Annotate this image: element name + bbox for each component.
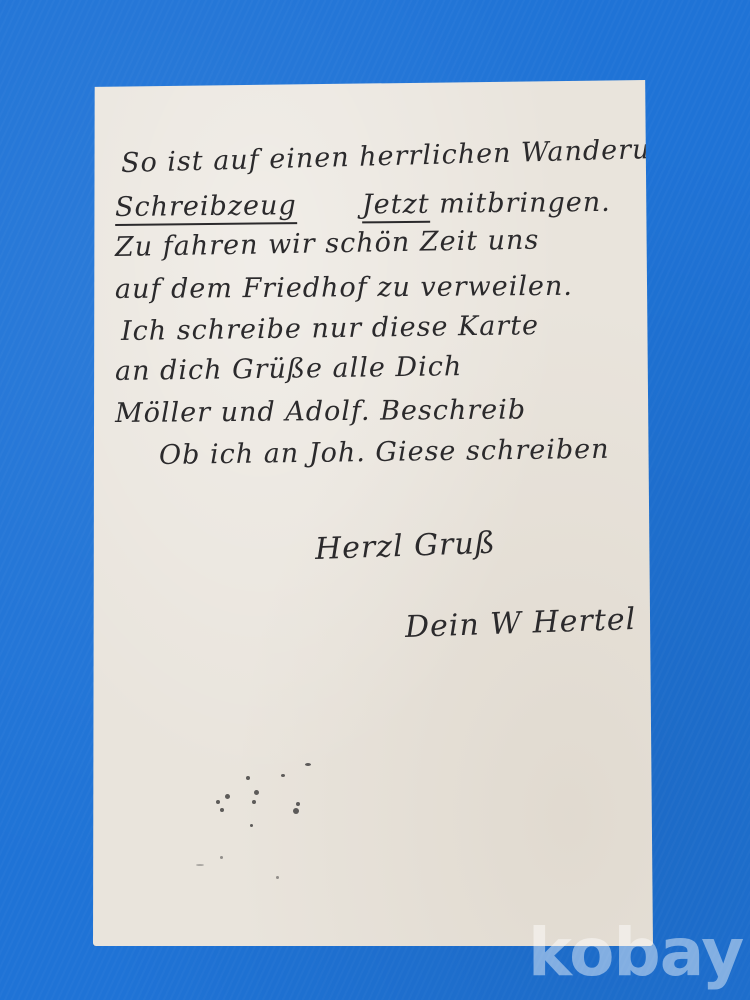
letter-line-3: Zu fahren wir schön Zeit uns [115,225,540,263]
postcard: So ist auf einen herrlichen Wanderung Sc… [93,80,653,946]
letter-line-1: So ist auf einen herrlichen Wanderung [121,133,688,179]
letter-line-2: Schreibzeug Jetzt mitbringen. [115,187,611,223]
letter-line-5: Ich schreibe nur diese Karte [121,310,539,347]
letter-line-7: Möller und Adolf. Beschreib [115,394,526,429]
ink-stains [180,740,330,880]
letter-line-4: auf dem Friedhof zu verweilen. [115,271,573,305]
letter-line-2-rest: mitbringen. [439,187,611,220]
kobay-watermark: kobay [528,920,743,986]
letter-signature: Dein W Hertel [404,602,636,645]
underlined-word-1: Schreibzeug [115,190,297,226]
letter-closing: Herzl Gruß [314,526,496,567]
underlined-word-2: Jetzt [362,189,430,224]
letter-line-8: Ob ich an Joh. Giese schreiben [159,434,610,471]
letter-line-6: an dich Grüße alle Dich [115,351,463,387]
